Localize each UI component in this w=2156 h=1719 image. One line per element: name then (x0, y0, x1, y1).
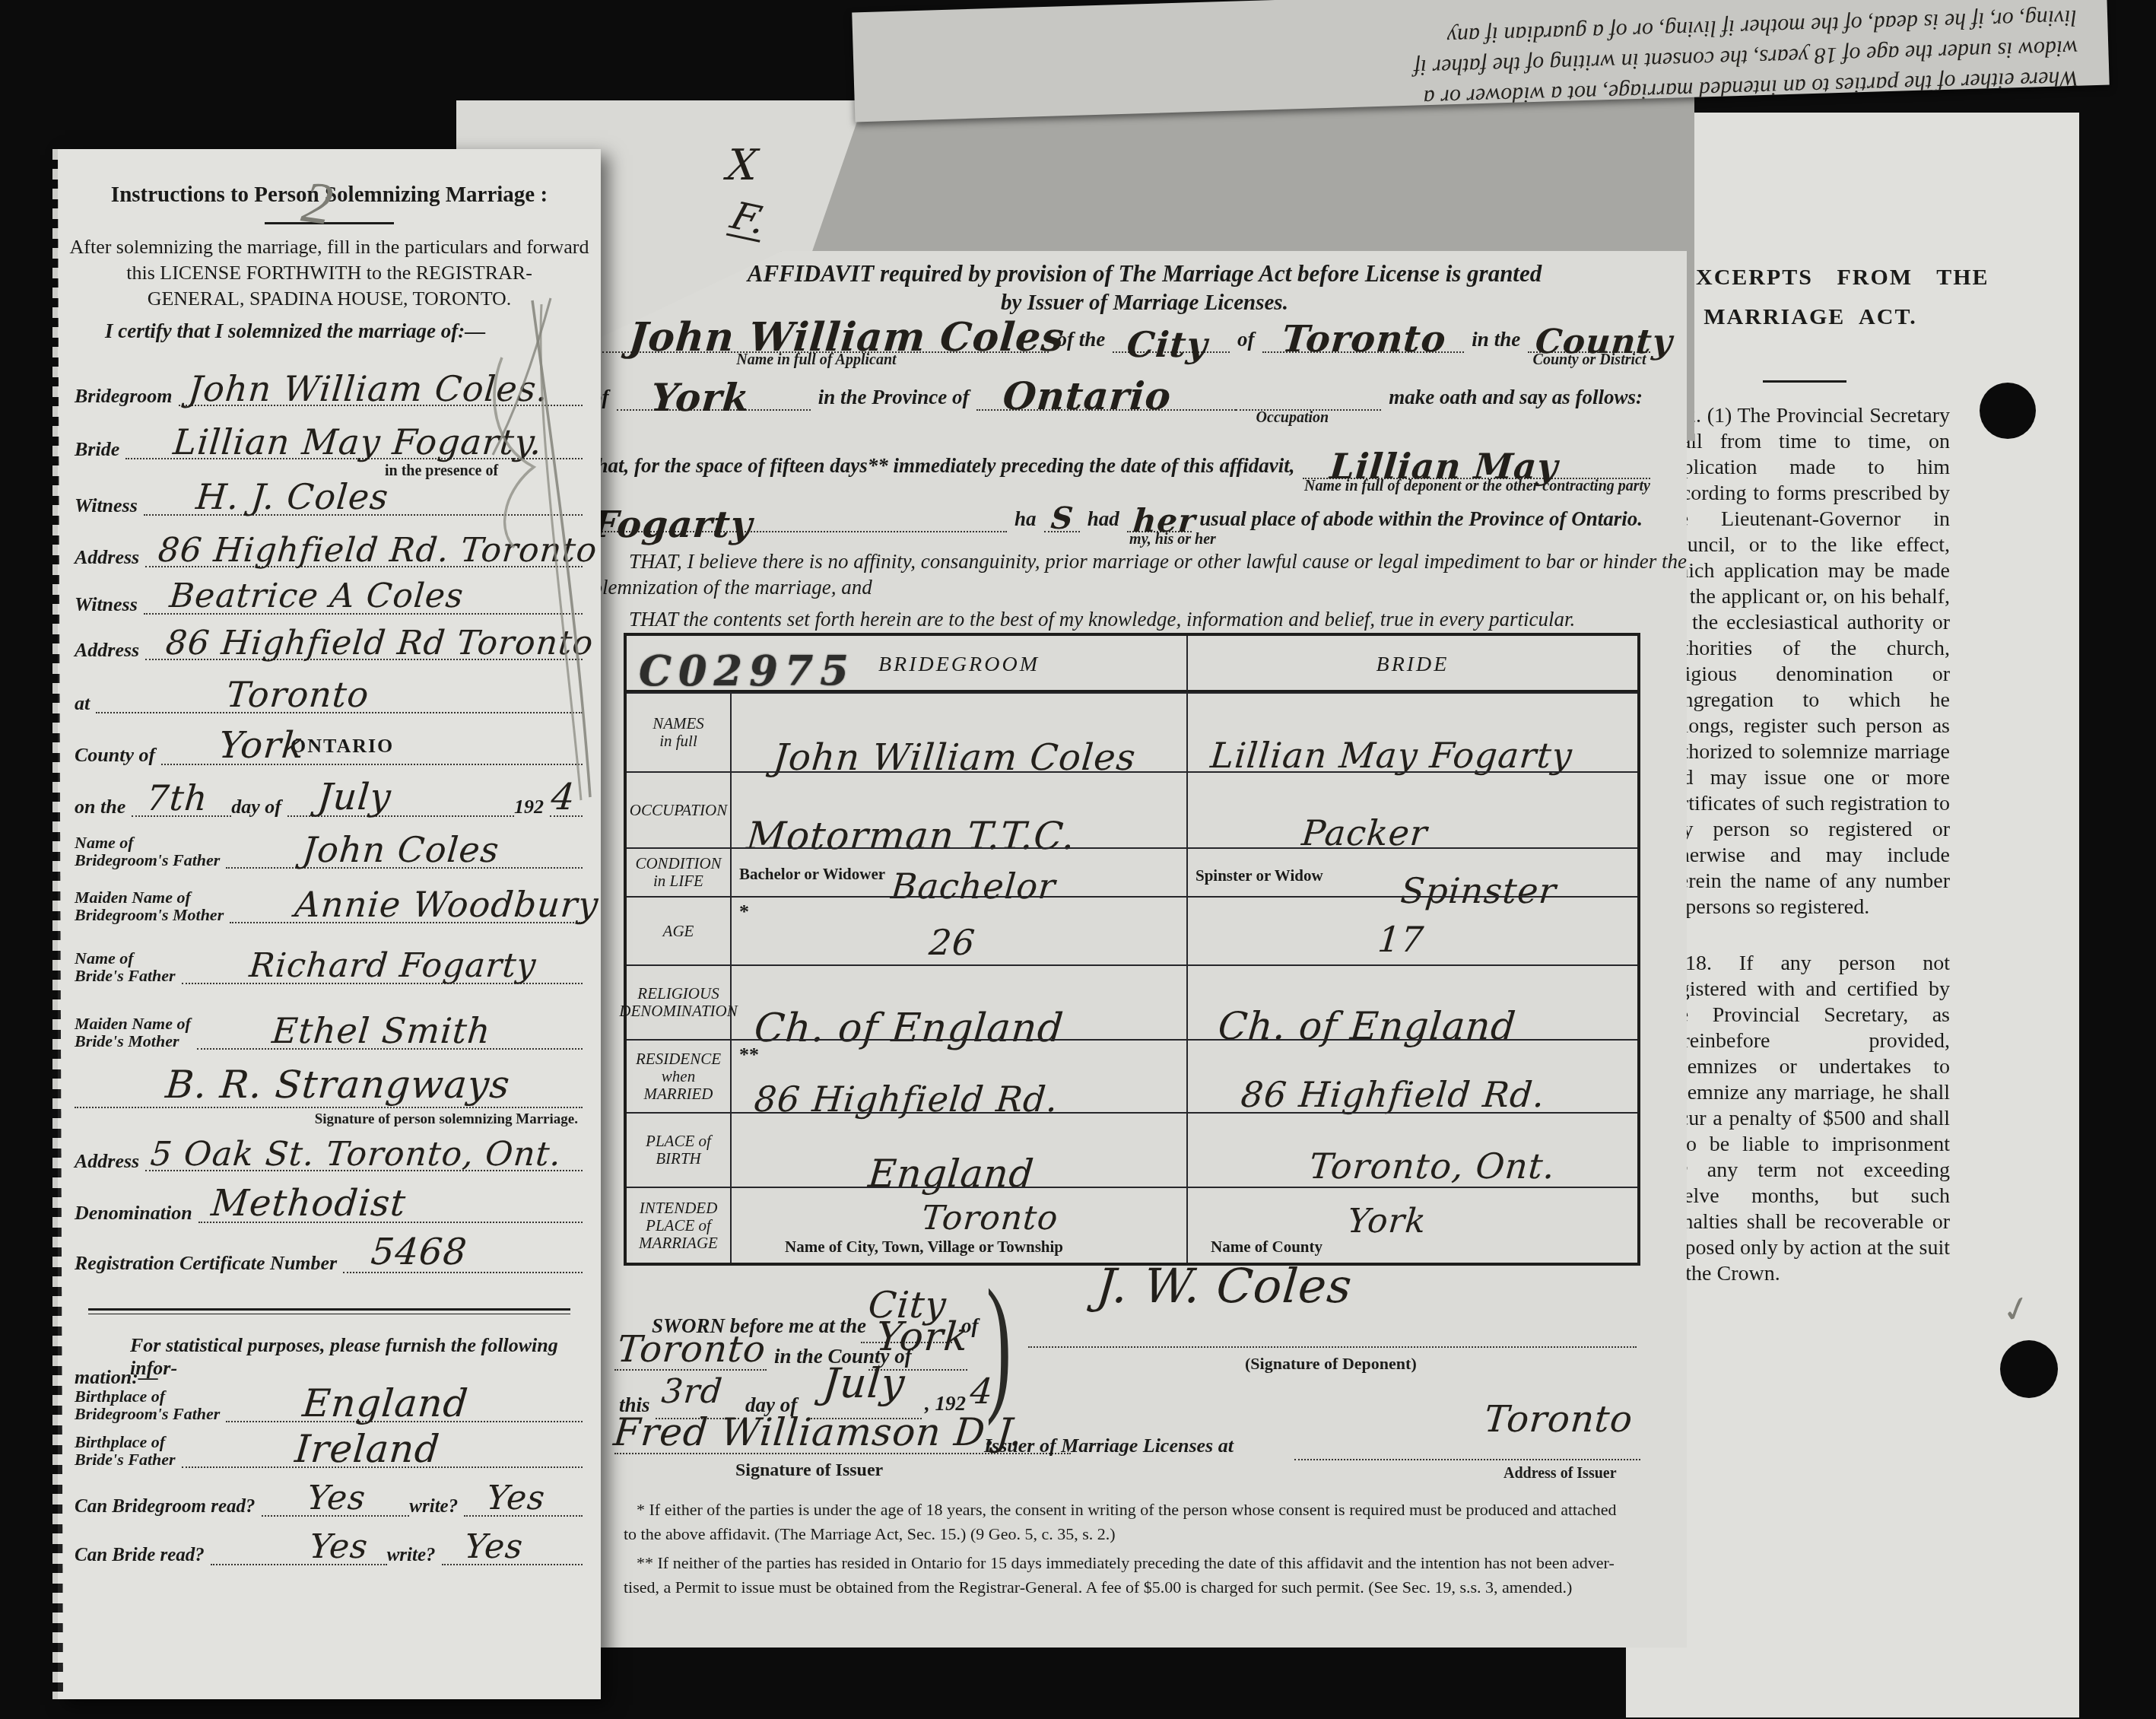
field-registration-number: Registration Certificate Number 5468 (75, 1243, 583, 1273)
surname-blank: Fogarty (584, 531, 1007, 532)
province-blank: Ontario (976, 409, 1235, 411)
scanned-document: Where either of the parties to an intend… (0, 0, 2156, 1719)
handwritten-yes: Yes (308, 1530, 370, 1564)
cell-caption: Name of County (1211, 1238, 1322, 1257)
handwritten-value: John William Coles. (187, 371, 550, 406)
printed-text: in the (1464, 328, 1528, 353)
table-header-bridegroom: C02975 BRIDEGROOM (627, 636, 1188, 692)
cell-residence-bride: 86 Highfield Rd. (1188, 1039, 1637, 1112)
applicant-name-blank: John William Coles Name in full of Appli… (602, 351, 1049, 353)
handwritten-cell: Lillian May Fogarty (1209, 738, 1574, 773)
printed-text: ha (1007, 507, 1044, 532)
label-line: MARRIED (644, 1085, 713, 1103)
issuer-sig-caption: Signature of Issuer (735, 1460, 883, 1481)
label-line: in full (659, 732, 697, 750)
caption-occupation: Occupation (1256, 409, 1329, 427)
field-label: write? (387, 1546, 442, 1565)
handwritten-deponent-signature: J. W. Coles (1094, 1263, 1354, 1310)
label-line: AGE (663, 923, 694, 940)
cell-age-groom: * 26 (732, 896, 1188, 964)
deponent-line: That, for the space of fifteen days** im… (584, 447, 1650, 479)
caption-county: County or District (1533, 351, 1646, 369)
row-label-intended: INTENDEDPLACE ofMARRIAGE (627, 1187, 732, 1263)
affidavit-title: AFFIDAVIT required by provision of The M… (648, 260, 1641, 288)
issuer-address-caption: Address of Issuer (1503, 1465, 1617, 1482)
handwritten-value: 5468 (370, 1234, 468, 1270)
row-label-age: AGE (627, 896, 732, 964)
field-groom-read-write: Can Bridegroom read? Yes write? Yes (75, 1486, 583, 1517)
row-label-residence: RESIDENCEwhenMARRIED (627, 1039, 732, 1112)
serial-stamp: C02975 (639, 647, 856, 695)
field-stat-bride-father: Birthplace ofBride's Father Ireland (75, 1425, 583, 1468)
caption-pronoun: my, his or her (1129, 531, 1216, 548)
handwritten-yes: Yes (306, 1482, 367, 1515)
field-label: Denomination (75, 1203, 198, 1223)
cell-names-groom: John William Coles (732, 692, 1188, 771)
handwritten-value: Toronto (225, 677, 370, 712)
applicant-line: John William Coles Name in full of Appli… (602, 323, 1650, 353)
label-line: INTENDED (640, 1199, 718, 1217)
field-label: Maiden Name ofBridegroom's Mother (75, 888, 230, 923)
field-label: Can Bride read? (75, 1546, 211, 1565)
table-header-bride: BRIDE (1188, 636, 1637, 692)
handwritten-value: 86 Highfield Rd Toronto (164, 627, 595, 660)
cell-caption: Bachelor or Widower (739, 865, 885, 884)
cell-condition-groom: Bachelor or Widower Bachelor (732, 847, 1188, 896)
field-bride-father: Name ofBride's Father Richard Fogarty (75, 942, 583, 984)
deponent-sig-caption: (Signature of Deponent) (1245, 1354, 1417, 1374)
field-label: Birthplace ofBride's Father (75, 1433, 182, 1468)
field-at: at Toronto (75, 683, 583, 713)
field-county: County of York (75, 735, 583, 765)
printed-text: in the Province of (811, 386, 977, 411)
handwritten-value: 86 Highfield Rd. Toronto (157, 534, 599, 567)
cell-intended-groom: Toronto Name of City, Town, Village or T… (732, 1187, 1188, 1263)
label-line: OCCUPATION (630, 802, 727, 819)
field-label: write? (409, 1497, 464, 1517)
handwritten-cell: John William Coles (772, 739, 1138, 776)
label-line: PLACE of (646, 1217, 711, 1234)
section-divider (88, 1308, 570, 1314)
handwritten-cell: 17 (1376, 922, 1426, 957)
label-line: NAMES (653, 715, 704, 732)
label-line: Bridegroom's Mother (75, 905, 224, 924)
dotted-line (614, 1369, 767, 1371)
dotted-line: 4 (550, 785, 583, 817)
handwritten-day: 3rd (660, 1375, 724, 1409)
printed-text: make oath and say as follows: (1381, 386, 1650, 411)
label-line: in LIFE (653, 872, 703, 890)
label-line: BIRTH (656, 1150, 701, 1168)
label-line: Name of (75, 948, 134, 968)
label-line: RESIDENCE (636, 1050, 721, 1068)
abode-line: Fogarty ha S had her my, his or her usua… (584, 500, 1650, 532)
handwritten-cell: 86 Highfield Rd. (1240, 1077, 1547, 1112)
footnote-2-line-2: tised, a Permit to issue must be obtaine… (624, 1578, 1572, 1597)
asterisk-mark: ** (739, 1044, 759, 1066)
label-line: Bridegroom's Father (75, 1404, 220, 1423)
intro-line: After solemnizing the marriage, fill in … (58, 236, 601, 259)
field-witness-2: Witness Beatrice A Coles (75, 584, 583, 615)
printed-text: usual place of abode within the Province… (1192, 507, 1650, 532)
handwritten-value: Methodist (210, 1185, 408, 1222)
caption-deponent: Name in full of deponent or the other co… (1304, 478, 1650, 495)
handwritten-month: July (316, 779, 393, 815)
cell-caption: Name of City, Town, Village or Township (785, 1238, 1063, 1257)
handwritten-month: July (821, 1363, 907, 1404)
label-line: Birthplace of (75, 1432, 165, 1451)
handwritten-yes: Yes (485, 1482, 547, 1515)
handwritten-surname: Fogarty (591, 507, 754, 543)
field-label: Address (75, 640, 145, 660)
handwritten-place: Toronto (1281, 321, 1448, 357)
excerpt-section-2: 2. (1) The Provincial Secretary shall fr… (1662, 403, 1950, 920)
field-label: 192 (514, 796, 550, 817)
row-label-names: NAMESin full (627, 692, 732, 771)
handwritten-value: John Coles (301, 832, 500, 867)
intro-line: this LICENSE FORTHWITH to the REGISTRAR- (58, 262, 601, 284)
label-line: Bride's Father (75, 966, 176, 985)
handwritten-toronto: Toronto (616, 1331, 767, 1368)
printed-text: That, for the space of fifteen days** im… (584, 454, 1303, 479)
handwritten-value: 5 Oak St. Toronto, Ont. (149, 1138, 563, 1171)
handwritten-value: Ethel Smith (271, 1013, 492, 1048)
handwritten-cell: York (1346, 1205, 1427, 1238)
field-solemnizer-signature: B. R. Strangways (75, 1078, 583, 1108)
signature-caption: Signature of person solemnizing Marriage… (315, 1111, 578, 1128)
handwritten-signature: B. R. Strangways (164, 1066, 512, 1104)
handwritten-cell: 26 (928, 925, 977, 960)
label-line: Birthplace of (75, 1387, 165, 1406)
punch-hole-top (1980, 383, 2036, 439)
city-blank: City (1113, 351, 1230, 353)
field-label: Bride (75, 439, 125, 459)
cell-age-bride: 17 (1188, 896, 1637, 964)
field-stat-groom-father: Birthplace ofBridegroom's Father England (75, 1380, 583, 1422)
handwritten-day: 7th (145, 780, 209, 815)
has-blank: S (1044, 531, 1080, 532)
handwritten-cell: Toronto (920, 1202, 1059, 1235)
dotted-line: Yes (262, 1485, 410, 1517)
label-line: Bridegroom's Father (75, 850, 220, 869)
dotted-line (1294, 1459, 1640, 1460)
excerpts-title-2: MARRIAGE ACT. (1679, 304, 1942, 330)
row-label-religion: RELIGIOUSDENOMINATION (627, 964, 732, 1039)
handwritten-value: Richard Fogarty (248, 949, 538, 983)
label-line: Bride's Father (75, 1450, 176, 1469)
excerpt-section-18: 18. If any person not registered with an… (1662, 951, 1950, 1287)
handwritten-cell: Packer (1300, 815, 1429, 850)
occupation-blank: Occupation (1236, 409, 1381, 411)
handwritten-york: York (649, 379, 751, 417)
cell-religion-bride: Ch. of England (1188, 964, 1637, 1039)
handwritten-year: 4 (550, 779, 577, 815)
excerpts-title-1: EXCERPTS FROM THE (1679, 265, 1942, 291)
cell-caption: Spinster or Widow (1195, 866, 1323, 885)
cell-occupation-bride: Packer (1188, 771, 1637, 847)
handwritten-york: York (875, 1317, 970, 1357)
field-label: Registration Certificate Number (75, 1253, 343, 1273)
county-blank2: York (617, 409, 811, 411)
deponent-name-blank: Lillian May Name in full of deponent or … (1303, 478, 1650, 479)
dotted-line (1028, 1346, 1637, 1348)
field-address-2: Address 86 Highfield Rd Toronto (75, 630, 583, 660)
handwritten-yes: Yes (463, 1530, 525, 1564)
presence-note: in the presence of (385, 462, 498, 480)
ink-x-mark: X (726, 145, 760, 187)
label-line: RELIGIOUS (637, 985, 719, 1002)
county-blank: County County or District (1528, 351, 1650, 353)
field-label: Birthplace ofBridegroom's Father (75, 1387, 226, 1422)
field-address-3: Address 5 Oak St. Toronto, Ont. (75, 1141, 583, 1171)
contents-paragraph: THAT the contents set forth herein are t… (629, 607, 1575, 632)
field-groom-father: Name ofBridegroom's Father John Coles (75, 826, 583, 869)
stats-heading: For statistical purposes, please furnish… (130, 1334, 601, 1380)
field-address-1: Address 86 Highfield Rd. Toronto (75, 537, 583, 567)
handwritten-year: 4 (969, 1374, 995, 1409)
field-label: on the (75, 796, 132, 817)
handwritten-value: H. J. Coles (195, 479, 390, 514)
handwritten-value: Beatrice A Coles (168, 580, 465, 613)
label-line: Maiden Name of (75, 1014, 191, 1033)
field-bride-mother: Maiden Name ofBride's Mother Ethel Smith (75, 1007, 583, 1050)
excerpts-text: 2. (1) The Provincial Secretary shall fr… (1662, 403, 1950, 1317)
field-label: Name ofBridegroom's Father (75, 834, 226, 869)
label-line: Maiden Name of (75, 888, 191, 907)
footnote-1-line-2: to the above affidavit. (The Marriage Ac… (624, 1524, 1116, 1544)
row-label-condition: CONDITIONin LIFE (627, 847, 732, 896)
affinity-paragraph: THAT, I believe there is no affinity, co… (629, 549, 1687, 574)
footnote-2-line-1: ** If neither of the parties has resided… (637, 1553, 1615, 1573)
field-date: on the 7th day of July 192 4 (75, 786, 583, 817)
affidavit-page: AFFIDAVIT required by provision of The M… (541, 251, 1687, 1648)
label-line: DENOMINATION (619, 1002, 738, 1020)
handwritten-value: Annie Woodbury (294, 887, 600, 922)
handwritten-issuer-address: Toronto (1483, 1401, 1634, 1438)
field-label: Witness (75, 495, 144, 516)
field-bride: Bride Lillian May Fogarty. (75, 429, 583, 459)
printed-text: had (1080, 507, 1127, 532)
handwritten-value: England (301, 1384, 470, 1422)
field-groom-mother: Maiden Name ofBridegroom's Mother Annie … (75, 881, 583, 923)
field-label: Maiden Name ofBride's Mother (75, 1015, 197, 1050)
field-label: Address (75, 1151, 145, 1171)
handwritten-cell: Toronto, Ont. (1308, 1149, 1557, 1184)
field-label: at (75, 693, 96, 713)
field-label: Witness (75, 594, 144, 615)
printed-text: of (1230, 328, 1262, 353)
place-blank: Toronto (1262, 351, 1465, 353)
affinity-paragraph-2: solemnization of the marriage, and (584, 575, 872, 600)
handwritten-ontario: Ontario (1001, 377, 1172, 415)
field-label: Can Bridegroom read? (75, 1497, 262, 1517)
intro-line: GENERAL, SPADINA HOUSE, TORONTO. (58, 288, 601, 310)
cell-birth-groom: England (732, 1112, 1188, 1187)
label-line: PLACE of (646, 1133, 711, 1150)
cell-condition-bride: Spinster or Widow Spinster (1188, 847, 1637, 896)
field-label: Address (75, 547, 145, 567)
cell-names-bride: Lillian May Fogarty (1188, 692, 1637, 771)
field-denomination: Denomination Methodist (75, 1193, 583, 1223)
field-bridegroom: Bridegroom John William Coles. (75, 376, 583, 406)
caption-applicant: Name in full of Applicant (736, 351, 896, 369)
cell-birth-bride: Toronto, Ont. (1188, 1112, 1637, 1187)
handwritten-issuer-signature: Fred Williamson D.J. (612, 1413, 1024, 1451)
cell-occupation-groom: Motorman T.T.C. (732, 771, 1188, 847)
instructions-page: Instructions to Person Solemnizing Marri… (58, 149, 601, 1699)
affidavit-subtitle: by Issuer of Marriage Licenses. (648, 291, 1641, 316)
field-label: Bridegroom (75, 386, 179, 406)
header-label: BRIDEGROOM (878, 653, 1040, 676)
certify-line: I certify that I solemnized the marriage… (105, 319, 485, 343)
field-label: day of (231, 796, 287, 817)
footnote-1-line-1: * If either of the parties is under the … (637, 1500, 1616, 1520)
cell-residence-groom: ** 86 Highfield Rd. (732, 1039, 1188, 1112)
dotted-line: 7th (132, 785, 231, 817)
her-blank: her my, his or her (1127, 531, 1192, 532)
row-label-occupation: OCCUPATION (627, 771, 732, 847)
dotted-line: Yes (464, 1485, 583, 1517)
affidavit-table: C02975 BRIDEGROOM BRIDE NAMESin full Joh… (624, 633, 1640, 1266)
field-label: Name ofBride's Father (75, 949, 182, 984)
issuer-at-text: Issuer of Marriage Licenses at (984, 1435, 1234, 1457)
label-line: Name of (75, 833, 134, 852)
handwritten-value: York (218, 727, 306, 764)
row-label-birth: PLACE ofBIRTH (627, 1112, 732, 1187)
label-line: MARRIAGE (639, 1234, 718, 1252)
title-rule (1763, 380, 1846, 383)
handwritten-city: City (1126, 327, 1209, 362)
province-line: of York in the Province of Ontario Occup… (584, 380, 1650, 411)
cell-religion-groom: Ch. of England (732, 964, 1188, 1039)
cell-intended-bride: York Name of County (1188, 1187, 1637, 1263)
field-witness-1: Witness H. J. Coles (75, 485, 583, 516)
header-label: BRIDE (1376, 653, 1450, 676)
field-bride-read-write: Can Bride read? Yes write? Yes (75, 1535, 583, 1565)
punch-hole-bottom (2000, 1340, 2058, 1398)
handwritten-value: Lillian May Fogarty. (172, 424, 544, 459)
label-line: Bride's Mother (75, 1031, 179, 1050)
dotted-line: Yes (442, 1533, 583, 1565)
handwritten-s: S (1049, 504, 1075, 534)
asterisk-mark: * (739, 901, 749, 923)
label-line: when (662, 1068, 695, 1085)
field-label: County of (75, 745, 161, 765)
label-line: CONDITION (635, 855, 721, 872)
dotted-line: July (287, 785, 514, 817)
dotted-line: Yes (211, 1533, 387, 1565)
handwritten-value: Ireland (294, 1430, 442, 1468)
